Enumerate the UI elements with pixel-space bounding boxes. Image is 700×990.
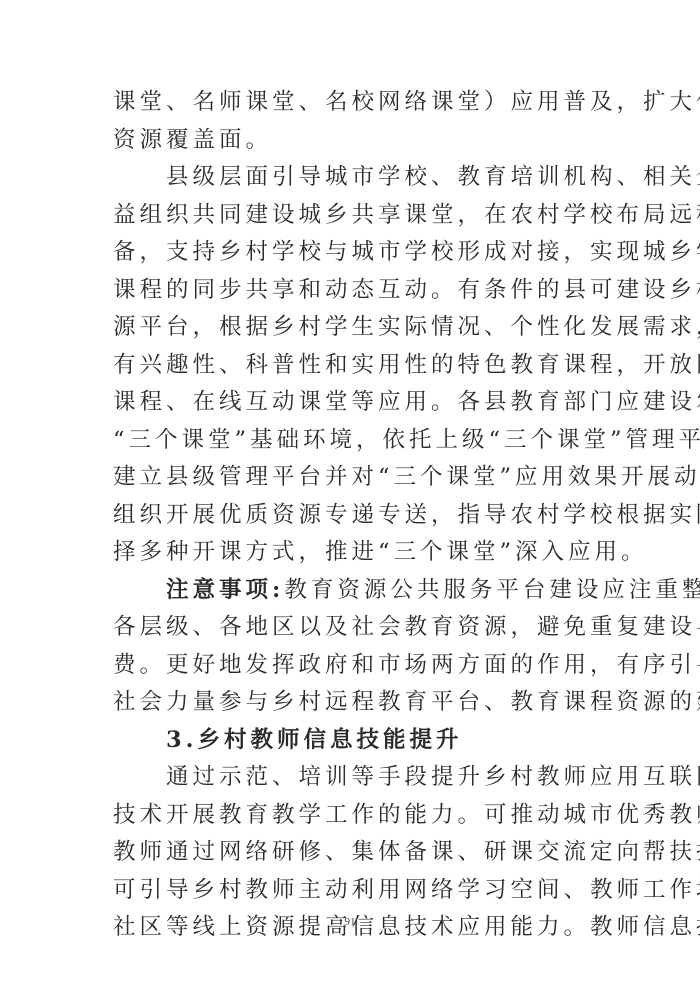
section-heading: 3.乡村教师信息技能提升 (113, 726, 591, 764)
text-line: 组织开展优质资源专递专送，指导农村学校根据实际情况选 (113, 501, 591, 539)
text-line: 益组织共同建设城乡共享课堂，在农村学校布局远程教学设 (113, 201, 591, 239)
text-line: 社会力量参与乡村远程教育平台、教育课程资源的建设。 (113, 688, 591, 726)
text-line: 源平台，根据乡村学生实际情况、个性化发展需求，开发具 (113, 313, 591, 351)
note-text: 教育资源公共服务平台建设应注重整合利用 (284, 577, 700, 603)
text-line: 资源覆盖面。 (113, 126, 591, 164)
text-line: 可引导乡村教师主动利用网络学习空间、教师工作坊、研修 (113, 876, 591, 914)
text-line: 有兴趣性、科普性和实用性的特色教育课程，开放网络录播 (113, 351, 591, 389)
text-line: 课程、在线互动课堂等应用。各县教育部门应建设农村学校 (113, 388, 591, 426)
text-line: 择多种开课方式，推进“三个课堂”深入应用。 (113, 538, 591, 576)
note-label: 注意事项: (166, 577, 284, 603)
document-page: 课堂、名师课堂、名校网络课堂）应用普及，扩大优质教育 资源覆盖面。 县级层面引导… (113, 88, 591, 951)
paragraph-start: 通过示范、培训等手段提升乡村教师应用互联网等信息 (113, 763, 591, 801)
text-line: 费。更好地发挥政府和市场两方面的作用，有序引导企业等 (113, 651, 591, 689)
text-line: 各层级、各地区以及社会教育资源，避免重复建设与资源浪 (113, 613, 591, 651)
text-line: 教师通过网络研修、集体备课、研课交流定向帮扶提升，也 (113, 838, 591, 876)
paragraph-start: 县级层面引导城市学校、教育培训机构、相关企业、公 (113, 163, 591, 201)
text-line: 技术开展教育教学工作的能力。可推动城市优秀教师与乡村 (113, 801, 591, 839)
note-paragraph: 注意事项:教育资源公共服务平台建设应注重整合利用 (113, 576, 591, 614)
text-line: 课程的同步共享和动态互动。有条件的县可建设乡村教育资 (113, 276, 591, 314)
text-line: 备，支持乡村学校与城市学校形成对接，实现城乡学校教育 (113, 238, 591, 276)
text-line: 建立县级管理平台并对“三个课堂”应用效果开展动态监测， (113, 463, 591, 501)
text-line: 课堂、名师课堂、名校网络课堂）应用普及，扩大优质教育 (113, 88, 591, 126)
page-number: 91 (0, 916, 700, 928)
text-line: “三个课堂”基础环境，依托上级“三个课堂”管理平台， (113, 426, 591, 464)
